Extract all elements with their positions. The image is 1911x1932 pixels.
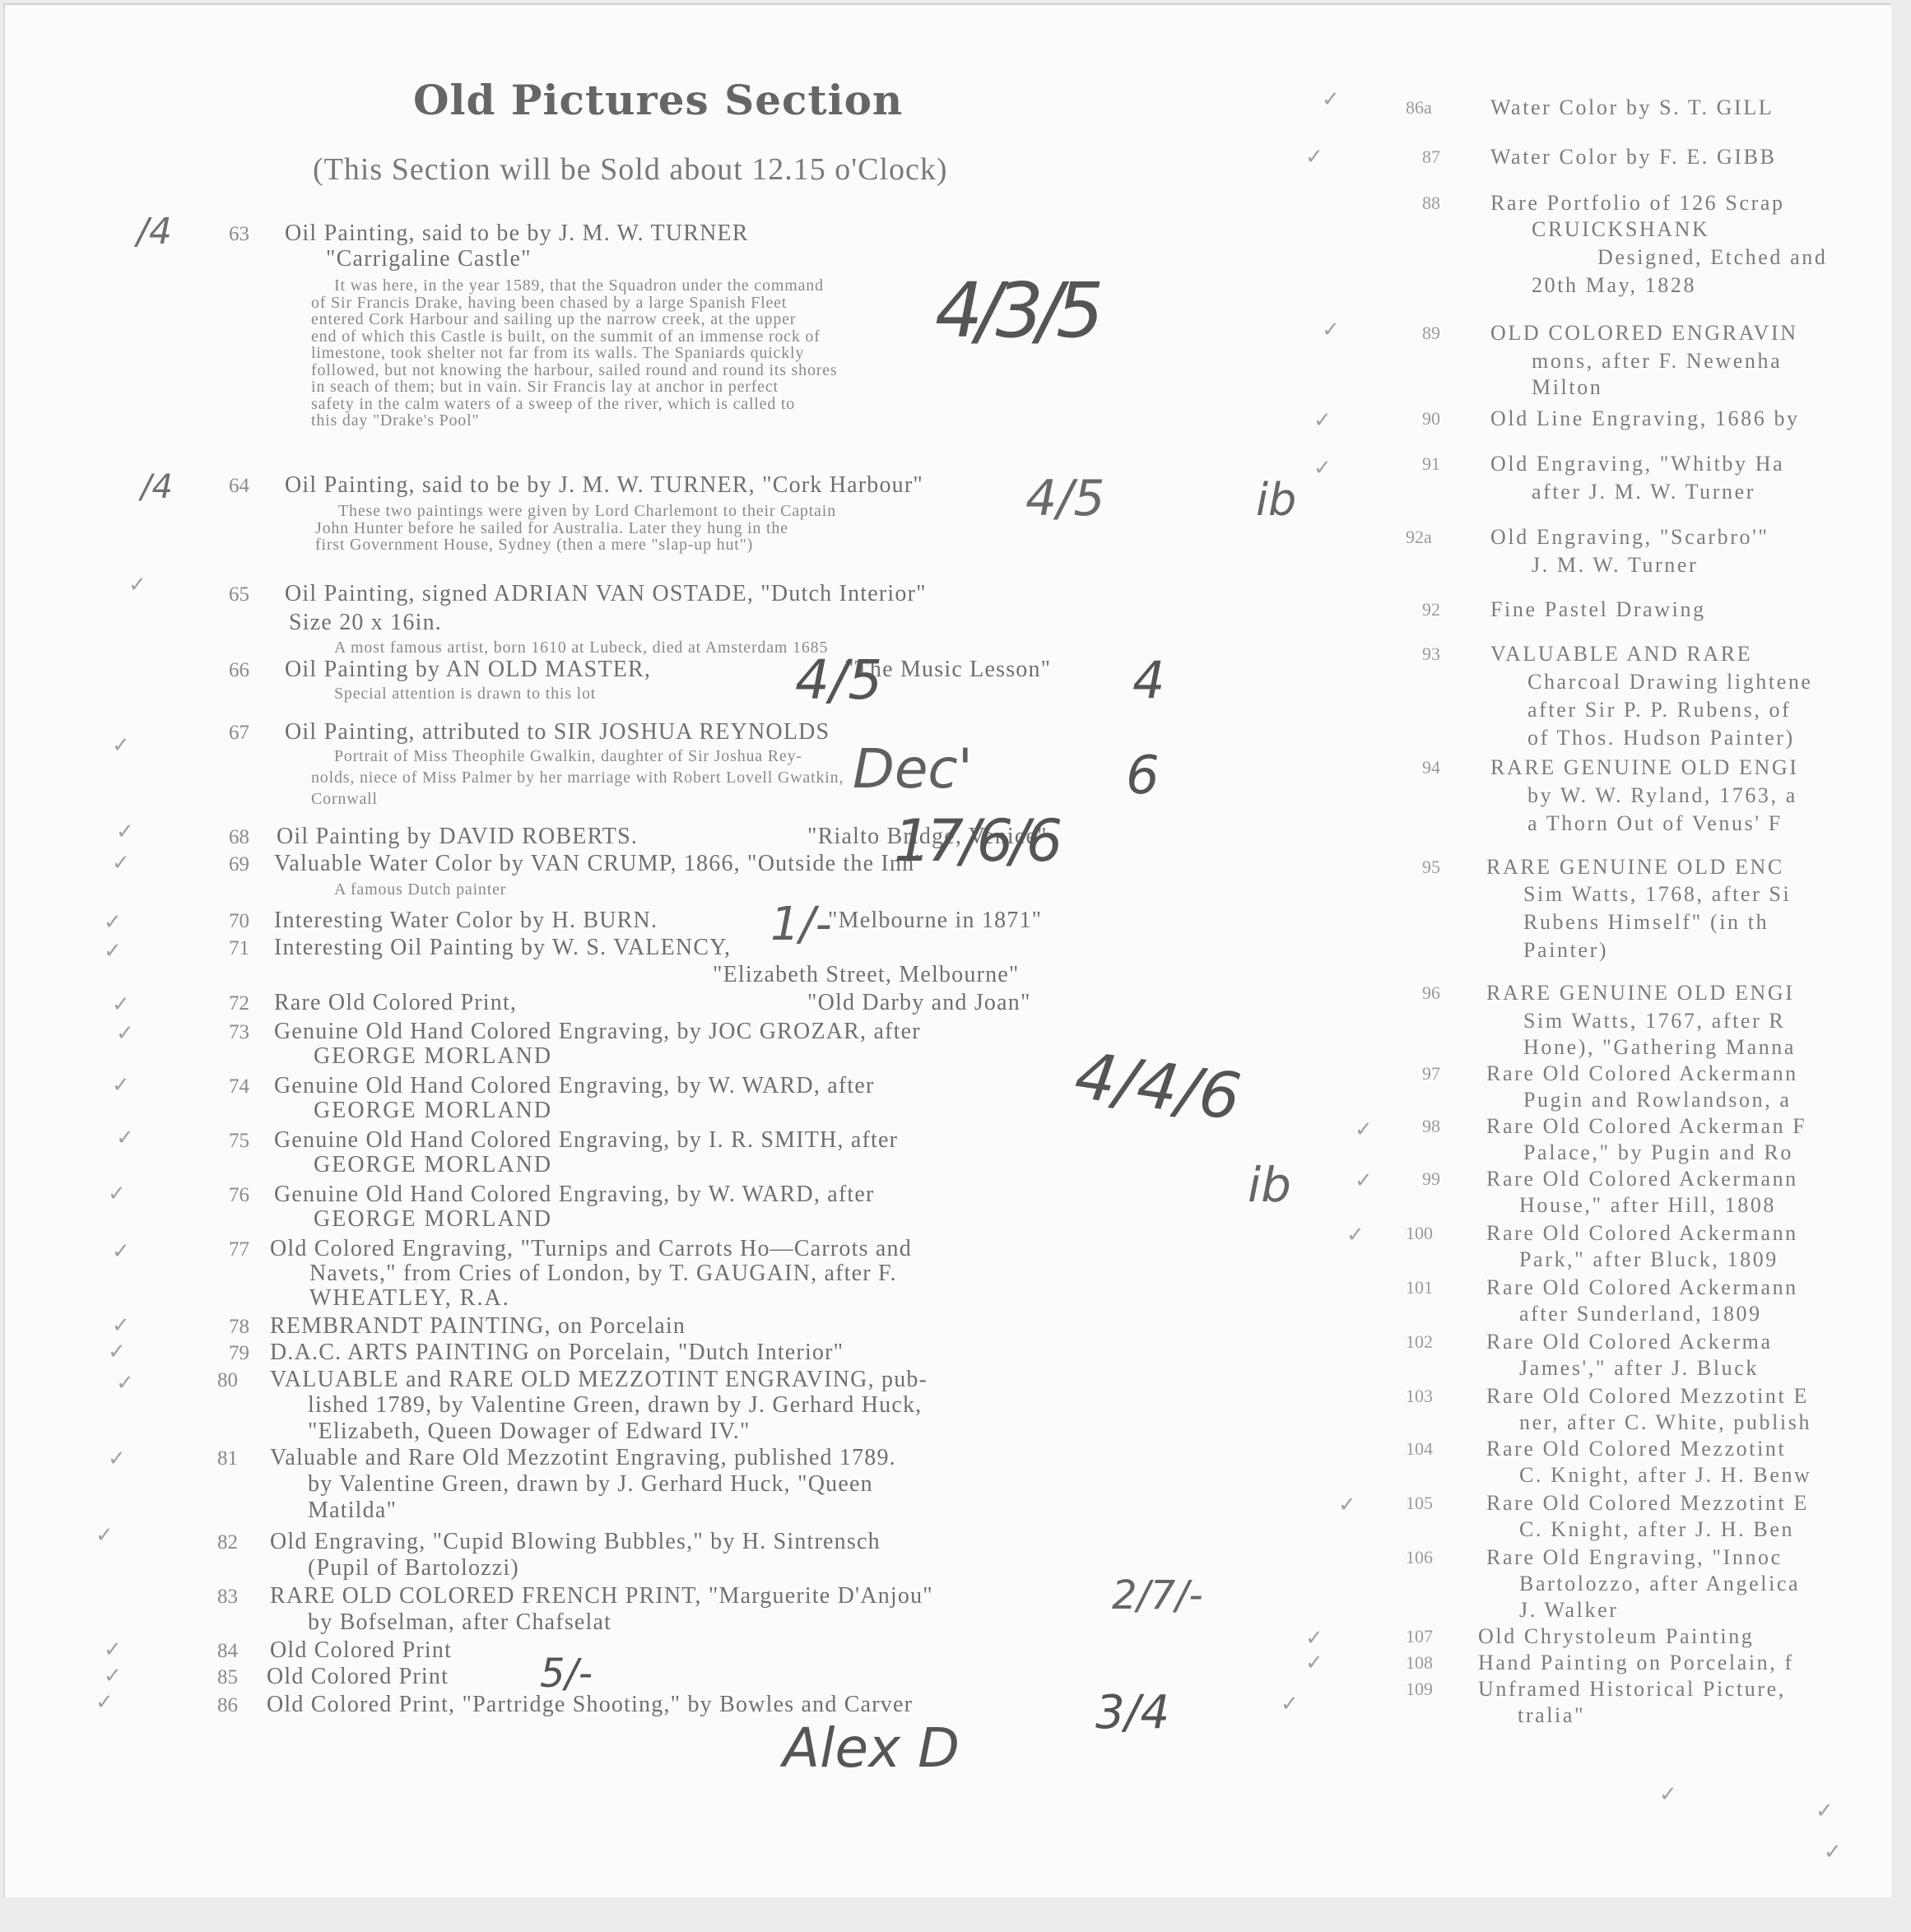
handwritten-lot64-margin: /4 bbox=[141, 468, 173, 506]
lot-title-line: Old Engraving, "Scarbro'" bbox=[1490, 525, 1769, 550]
lot-number: 69 bbox=[229, 853, 249, 876]
pencil-check-mark: ✓ bbox=[1355, 1117, 1373, 1142]
pencil-check-mark: ✓ bbox=[112, 1313, 130, 1338]
lot-number: 82 bbox=[217, 1531, 238, 1554]
lot-title-line: RARE GENUINE OLD ENC bbox=[1486, 855, 1784, 880]
lot-title-line: Rare Portfolio of 126 Scrap bbox=[1490, 191, 1785, 216]
lot-title-line: Rare Old Colored Mezzotint E bbox=[1486, 1491, 1809, 1516]
lot-number: 65 bbox=[229, 583, 249, 606]
pencil-check-mark: ✓ bbox=[1816, 1799, 1834, 1823]
lot-number: 99 bbox=[1422, 1168, 1440, 1190]
lot-number: 106 bbox=[1406, 1547, 1433, 1568]
lot-number: 86a bbox=[1406, 97, 1432, 118]
lot-number: 72 bbox=[229, 992, 249, 1015]
pencil-check-mark: ✓ bbox=[112, 733, 130, 758]
lot-title-line: Rare Old Colored Ackerman F bbox=[1486, 1114, 1806, 1139]
lot-title-line: Genuine Old Hand Colored Engraving, by W… bbox=[274, 1073, 875, 1099]
handwritten-lot63-price: 4/3/5 bbox=[935, 267, 1098, 355]
lot-title-line: Interesting Oil Painting by W. S. VALENC… bbox=[274, 935, 731, 961]
lot-title-line: Rare Old Colored Ackermann bbox=[1486, 1167, 1798, 1191]
lot-title-line: "Elizabeth, Queen Dowager of Edward IV." bbox=[308, 1419, 751, 1445]
lot-number: 84 bbox=[217, 1640, 238, 1663]
lot-number: 88 bbox=[1422, 193, 1440, 214]
handwritten-lots73-76-price: 4/4/6 bbox=[1071, 1038, 1245, 1135]
lot-title-line: Valuable and Rare Old Mezzotint Engravin… bbox=[270, 1445, 896, 1471]
lot-title-line: (Pupil of Bartolozzi) bbox=[308, 1555, 519, 1581]
lot-title-line: Palace," by Pugin and Ro bbox=[1523, 1140, 1793, 1165]
lot-title-line: Fine Pastel Drawing bbox=[1490, 597, 1706, 622]
lot-title-line: lished 1789, by Valentine Green, drawn b… bbox=[308, 1392, 922, 1419]
pencil-check-mark: ✓ bbox=[1338, 1493, 1356, 1517]
pencil-check-mark: ✓ bbox=[116, 1126, 134, 1150]
lot-title-line: GEORGE MORLAND bbox=[314, 1098, 552, 1124]
lot-title-line: Milton bbox=[1532, 375, 1602, 400]
lot-number: 80 bbox=[217, 1369, 238, 1392]
lot-title-line: D.A.C. ARTS PAINTING on Porcelain, "Dutc… bbox=[270, 1340, 844, 1366]
lot-title-line: Unframed Historical Picture, bbox=[1478, 1677, 1786, 1702]
lot-number: 77 bbox=[229, 1238, 249, 1261]
scanned-page: Old Pictures Section (This Section will … bbox=[3, 3, 1891, 1897]
lot-title-line: Pugin and Rowlandson, a bbox=[1523, 1088, 1792, 1112]
pencil-check-mark: ✓ bbox=[108, 1447, 126, 1471]
pencil-check-mark: ✓ bbox=[1322, 318, 1340, 342]
pencil-check-mark: ✓ bbox=[1659, 1782, 1677, 1807]
lot-title-line: after Sunderland, 1809 bbox=[1519, 1302, 1762, 1326]
lot-number: 95 bbox=[1422, 857, 1440, 878]
lot-number: 75 bbox=[229, 1130, 249, 1153]
lot-title-line: Hone), "Gathering Manna bbox=[1523, 1035, 1796, 1060]
lot-title-line: tralia" bbox=[1518, 1703, 1585, 1728]
lot-number: 109 bbox=[1406, 1679, 1433, 1700]
lot-description-line: A famous Dutch painter bbox=[334, 880, 506, 899]
lot-number: 64 bbox=[229, 475, 249, 498]
lot-title-line: Oil Painting, said to be by J. M. W. TUR… bbox=[285, 472, 923, 499]
lot-title-line: GEORGE MORLAND bbox=[314, 1206, 552, 1233]
lot-number: 67 bbox=[229, 722, 249, 745]
lot-number: 70 bbox=[229, 910, 249, 933]
lot-title-line: by Bofselman, after Chafselat bbox=[308, 1609, 611, 1636]
pencil-check-mark: ✓ bbox=[1314, 408, 1332, 433]
lot-title-line: Oil Painting, signed ADRIAN VAN OSTADE, … bbox=[285, 581, 927, 607]
lot-title-line: Matilda" bbox=[308, 1498, 397, 1524]
lot-title-line: Painter) bbox=[1523, 938, 1608, 963]
pencil-check-mark: ✓ bbox=[1824, 1840, 1842, 1865]
lot-title-line: Bartolozzo, after Angelica bbox=[1519, 1572, 1800, 1596]
lot-title-line: ner, after C. White, publish bbox=[1519, 1410, 1811, 1435]
lot-title-line: mons, after F. Newenha bbox=[1532, 349, 1782, 374]
pencil-check-mark: ✓ bbox=[104, 1664, 122, 1688]
lot-number: 85 bbox=[217, 1666, 238, 1689]
lot-description-line: Cornwall bbox=[311, 790, 378, 809]
lot-title-line: House," after Hill, 1808 bbox=[1519, 1193, 1776, 1218]
lot-number: 92a bbox=[1406, 527, 1432, 548]
lot-title-line: Valuable Water Color by VAN CRUMP, 1866,… bbox=[274, 851, 925, 877]
right-column: 86aWater Color by S. T. GILL87Water Colo… bbox=[1396, 5, 1865, 1897]
handwritten-lot83-price: 2/7/- bbox=[1112, 1572, 1203, 1619]
lot-title-line: Old Engraving, "Whitby Ha bbox=[1490, 452, 1784, 476]
handwritten-margin-mark-1: ib bbox=[1256, 474, 1296, 526]
lot-title-line: Oil Painting, said to be by J. M. W. TUR… bbox=[285, 221, 749, 247]
lot-number: 104 bbox=[1406, 1438, 1433, 1460]
lot-number: 107 bbox=[1406, 1626, 1433, 1647]
pencil-check-mark: ✓ bbox=[95, 1523, 114, 1548]
lot-number: 78 bbox=[229, 1316, 249, 1339]
pencil-check-mark: ✓ bbox=[1305, 145, 1323, 170]
lot-title-line: J. Walker bbox=[1519, 1598, 1618, 1623]
lot-title-line: Rare Old Colored Print, bbox=[274, 990, 517, 1016]
lot-number: 86 bbox=[217, 1694, 238, 1717]
lot-number: 108 bbox=[1406, 1652, 1433, 1674]
lot-title-line: Rare Old Colored Ackerma bbox=[1486, 1330, 1773, 1354]
lot-description-line: A most famous artist, born 1610 at Lubec… bbox=[334, 639, 828, 657]
lot-number: 102 bbox=[1406, 1331, 1433, 1353]
pencil-check-mark: ✓ bbox=[1322, 87, 1340, 112]
lot-number: 94 bbox=[1422, 757, 1440, 778]
lot-title-line: Old Colored Print bbox=[270, 1637, 452, 1664]
lot-description-line: Special attention is drawn to this lot bbox=[334, 685, 596, 704]
lot-title-line: Designed, Etched and bbox=[1597, 245, 1827, 270]
lot-title-line: Water Color by S. T. GILL bbox=[1490, 95, 1774, 120]
lot-title-line: GEORGE MORLAND bbox=[314, 1152, 552, 1178]
lot-title-line: Size 20 x 16in. bbox=[289, 610, 442, 636]
lot-number: 81 bbox=[217, 1447, 238, 1470]
pencil-check-mark: ✓ bbox=[104, 939, 122, 964]
handwritten-lot70-price: 1/- bbox=[770, 898, 832, 951]
lot-number: 68 bbox=[229, 826, 249, 849]
lot-title-line: Rare Old Colored Ackermann bbox=[1486, 1061, 1798, 1086]
lot-title-line: Water Color by F. E. GIBB bbox=[1490, 145, 1777, 170]
lot-title-line: "Melbourne in 1871" bbox=[828, 908, 1042, 934]
lot-title-line: OLD COLORED ENGRAVIN bbox=[1490, 321, 1798, 346]
handwritten-lot64-price: 4/5 bbox=[1025, 470, 1105, 527]
handwritten-lot85-price: 5/- bbox=[540, 1651, 593, 1697]
lot-title-line: 20th May, 1828 bbox=[1532, 273, 1696, 298]
lot-title-line: James'," after J. Bluck bbox=[1519, 1356, 1759, 1381]
pencil-check-mark: ✓ bbox=[1305, 1626, 1323, 1651]
lot-title-line: Interesting Water Color by H. BURN. bbox=[274, 908, 658, 934]
pencil-check-mark: ✓ bbox=[104, 910, 122, 935]
lot-title-line: CRUICKSHANK bbox=[1532, 217, 1709, 242]
lot-title-line: Charcoal Drawing lightene bbox=[1527, 670, 1813, 694]
lot-title-line: Rare Old Colored Mezzotint bbox=[1486, 1437, 1786, 1461]
lot-title-line: RARE GENUINE OLD ENGI bbox=[1486, 981, 1795, 1005]
lot-title-line: Oil Painting by DAVID ROBERTS. bbox=[277, 824, 638, 850]
lot-title-line: Oil Painting by AN OLD MASTER, bbox=[285, 657, 651, 683]
lot-number: 90 bbox=[1422, 408, 1440, 430]
pencil-check-mark: ✓ bbox=[95, 1690, 114, 1715]
lot-number: 83 bbox=[217, 1586, 238, 1609]
lot-number: 79 bbox=[229, 1342, 249, 1365]
lot-number: 103 bbox=[1406, 1386, 1433, 1407]
handwritten-lot67-buyer: Dec' bbox=[853, 737, 973, 801]
pencil-check-mark: ✓ bbox=[1355, 1168, 1373, 1193]
lot-title-line: Genuine Old Hand Colored Engraving, by J… bbox=[274, 1019, 921, 1045]
handwritten-lot66-price: 4/5 bbox=[795, 648, 882, 712]
lot-number: 96 bbox=[1422, 982, 1440, 1004]
lot-title-line: Old Chrystoleum Painting bbox=[1478, 1624, 1754, 1649]
lot-title-line: Sim Watts, 1767, after R bbox=[1523, 1009, 1785, 1033]
lot-title-line: Sim Watts, 1768, after Si bbox=[1523, 882, 1791, 907]
lot-title-line: a Thorn Out of Venus' F bbox=[1527, 811, 1783, 836]
lot-title-line: "Elizabeth Street, Melbourne" bbox=[713, 962, 1020, 988]
lot-title-line: Rare Old Colored Ackermann bbox=[1486, 1275, 1798, 1300]
pencil-check-mark: ✓ bbox=[116, 1371, 134, 1396]
lot-number: 76 bbox=[229, 1184, 249, 1207]
lot-title-line: VALUABLE AND RARE bbox=[1490, 642, 1752, 666]
pencil-check-mark: ✓ bbox=[1281, 1692, 1299, 1716]
lot-title-line: Genuine Old Hand Colored Engraving, by W… bbox=[274, 1182, 875, 1208]
lot-title-line: REMBRANDT PAINTING, on Porcelain bbox=[270, 1313, 686, 1340]
handwritten-lot86-price: 3/4 bbox=[1095, 1684, 1169, 1744]
lot-title-line: "Old Darby and Joan" bbox=[807, 990, 1031, 1016]
lot-title-line: Hand Painting on Porcelain, f bbox=[1478, 1651, 1794, 1675]
lot-title-line: Oil Painting, attributed to SIR JOSHUA R… bbox=[285, 719, 830, 745]
lot-number: 66 bbox=[229, 659, 249, 682]
pencil-check-mark: ✓ bbox=[112, 1073, 130, 1098]
lot-title-line: by Valentine Green, drawn by J. Gerhard … bbox=[308, 1471, 873, 1498]
pencil-check-mark: ✓ bbox=[116, 820, 134, 844]
lot-number: 97 bbox=[1422, 1063, 1440, 1084]
handwritten-lot66-margin-right: 4 bbox=[1132, 650, 1165, 710]
lot-title-line: Old Colored Engraving, "Turnips and Carr… bbox=[270, 1236, 912, 1262]
pencil-check-mark: ✓ bbox=[1314, 456, 1332, 481]
lot-title-line: "Carrigaline Castle" bbox=[326, 246, 532, 272]
lot-description-line: first Government House, Sydney (then a m… bbox=[315, 536, 753, 555]
pencil-check-mark: ✓ bbox=[104, 1637, 122, 1662]
lot-description-line: Portrait of Miss Theophile Gwalkin, daug… bbox=[334, 747, 802, 766]
lot-number: 73 bbox=[229, 1021, 249, 1044]
lot-number: 87 bbox=[1422, 146, 1440, 168]
lot-description-line: nolds, niece of Miss Palmer by her marri… bbox=[311, 769, 844, 787]
pencil-check-mark: ✓ bbox=[112, 851, 130, 875]
pencil-check-mark: ✓ bbox=[112, 1239, 130, 1264]
lot-title-line: Navets," from Cries of London, by T. GAU… bbox=[309, 1261, 897, 1287]
handwritten-margin-mark-2: ib bbox=[1248, 1157, 1291, 1213]
lot-number: 63 bbox=[229, 223, 249, 246]
lot-title-line: VALUABLE and RARE OLD MEZZOTINT ENGRAVIN… bbox=[270, 1367, 928, 1393]
lot-number: 89 bbox=[1422, 323, 1440, 344]
lot-number: 93 bbox=[1422, 643, 1440, 665]
lot-title-line: C. Knight, after J. H. Ben bbox=[1519, 1517, 1794, 1542]
lot-number: 98 bbox=[1422, 1116, 1440, 1137]
handwritten-signature: Alex D bbox=[783, 1716, 960, 1780]
lot-title-line: J. M. W. Turner bbox=[1532, 553, 1698, 578]
lot-title-line: Rare Old Colored Ackermann bbox=[1486, 1221, 1798, 1246]
lot-title-line: Genuine Old Hand Colored Engraving, by I… bbox=[274, 1127, 898, 1154]
pencil-check-mark: ✓ bbox=[112, 992, 130, 1017]
lot-title-line: by W. W. Ryland, 1763, a bbox=[1527, 783, 1797, 808]
pencil-check-mark: ✓ bbox=[128, 573, 146, 597]
lot-number: 71 bbox=[229, 937, 249, 960]
lot-title-line: Rare Old Colored Mezzotint E bbox=[1486, 1384, 1809, 1409]
lot-title-line: GEORGE MORLAND bbox=[314, 1043, 552, 1070]
lot-number: 101 bbox=[1406, 1277, 1433, 1298]
pencil-check-mark: ✓ bbox=[116, 1021, 134, 1046]
pencil-check-mark: ✓ bbox=[108, 1340, 126, 1364]
page-title: Old Pictures Section bbox=[413, 76, 903, 124]
lot-number: 91 bbox=[1422, 453, 1440, 475]
lot-title-line: of Thos. Hudson Painter) bbox=[1527, 726, 1795, 750]
lot-title-line: RARE OLD COLORED FRENCH PRINT, "Margueri… bbox=[270, 1583, 933, 1609]
pencil-check-mark: ✓ bbox=[1305, 1651, 1323, 1675]
handwritten-lot67-margin-right: 6 bbox=[1126, 745, 1160, 806]
lot-title-line: RARE GENUINE OLD ENGI bbox=[1490, 755, 1799, 780]
pencil-check-mark: ✓ bbox=[1346, 1223, 1365, 1247]
lot-title-line: after Sir P. P. Rubens, of bbox=[1527, 698, 1791, 722]
lot-title-line: Rubens Himself" (in th bbox=[1523, 910, 1769, 935]
lot-number: 92 bbox=[1422, 599, 1440, 620]
lot-title-line: Old Line Engraving, 1686 by bbox=[1490, 406, 1800, 431]
lot-title-line: WHEATLEY, R.A. bbox=[309, 1285, 510, 1312]
page-subtitle: (This Section will be Sold about 12.15 o… bbox=[313, 151, 948, 188]
lot-number: 74 bbox=[229, 1075, 249, 1098]
lot-title-line: Old Colored Print bbox=[267, 1664, 449, 1690]
handwritten-lot68-price: 17/6/6 bbox=[894, 807, 1059, 875]
lot-number: 100 bbox=[1406, 1223, 1433, 1244]
handwritten-lot63-margin: /4 bbox=[137, 211, 172, 253]
lot-title-line: C. Knight, after J. H. Benw bbox=[1519, 1463, 1811, 1488]
lot-title-line: Park," after Bluck, 1809 bbox=[1519, 1247, 1778, 1272]
lot-description-line: this day "Drake's Pool" bbox=[311, 411, 479, 430]
lot-title-line: Old Engraving, "Cupid Blowing Bubbles," … bbox=[270, 1529, 881, 1555]
lot-title-line: after J. M. W. Turner bbox=[1532, 480, 1755, 504]
pencil-check-mark: ✓ bbox=[108, 1182, 126, 1206]
lot-number: 105 bbox=[1406, 1493, 1433, 1514]
lot-title-line: Rare Old Engraving, "Innoc bbox=[1486, 1545, 1783, 1570]
